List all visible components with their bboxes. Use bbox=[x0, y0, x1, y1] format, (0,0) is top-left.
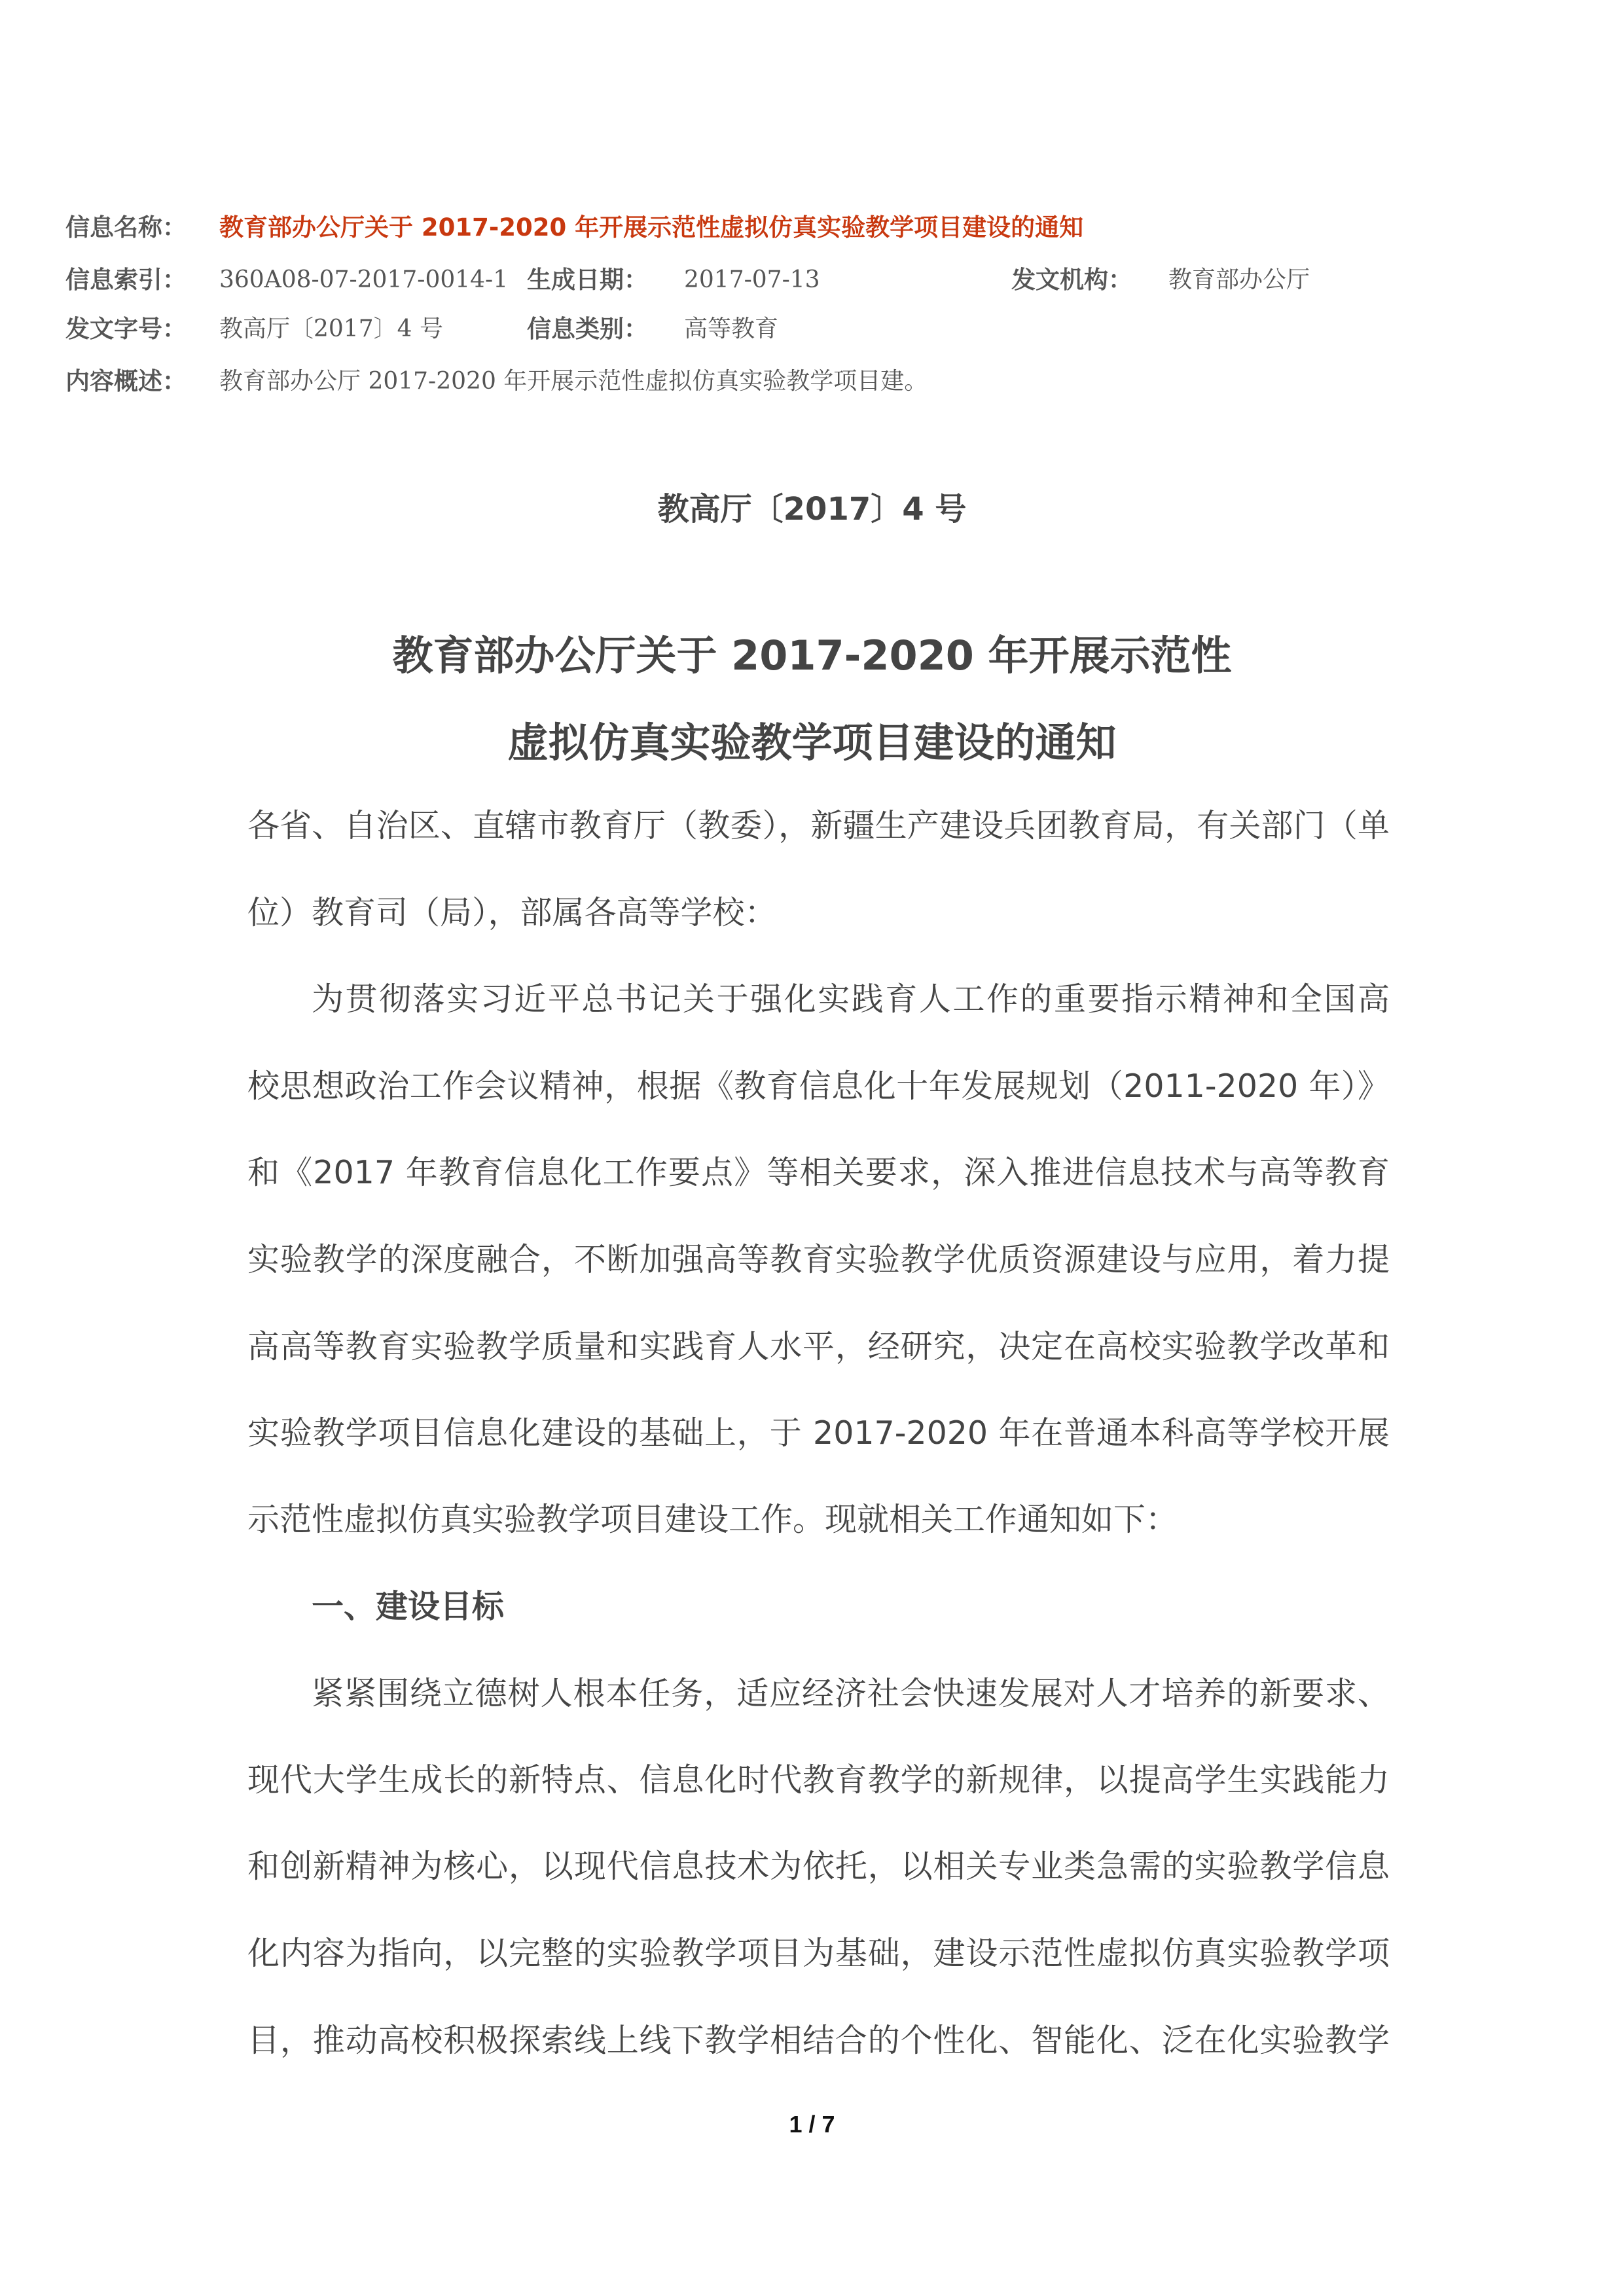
document-number: 教高厅〔2017〕4 号 bbox=[0, 488, 1624, 531]
body-line: 目，推动高校积极探索线上线下教学相结合的个性化、智能化、泛在化实验教学 bbox=[247, 2018, 1390, 2064]
body-line: 实验教学项目信息化建设的基础上，于 2017-2020 年在普通本科高等学校开展 bbox=[247, 1410, 1390, 1456]
body-line: 现代大学生成长的新特点、信息化时代教育教学的新规律，以提高学生实践能力 bbox=[247, 1757, 1390, 1803]
issuer-value: 教育部办公厅 bbox=[1168, 260, 1310, 300]
index-label: 信息索引： bbox=[65, 260, 187, 300]
document-title-line-2: 虚拟仿真实验教学项目建设的通知 bbox=[0, 717, 1624, 769]
page-number: 1 / 7 bbox=[0, 2111, 1624, 2138]
doc-no-value: 教高厅〔2017〕4 号 bbox=[219, 310, 443, 349]
summary-value: 教育部办公厅 2017-2020 年开展示范性虚拟仿真实验教学项目建。 bbox=[219, 362, 928, 401]
body-line: 紧紧围绕立德树人根本任务，适应经济社会快速发展对人才培养的新要求、 bbox=[247, 1671, 1390, 1717]
body-line: 校思想政治工作会议精神，根据《教育信息化十年发展规划（2011-2020 年）》 bbox=[247, 1064, 1390, 1109]
body-line: 和创新精神为核心，以现代信息技术为依托，以相关专业类急需的实验教学信息 bbox=[247, 1844, 1390, 1890]
doc-no-label: 发文字号： bbox=[65, 310, 187, 349]
issuer-label: 发文机构： bbox=[1011, 260, 1132, 300]
category-value: 高等教育 bbox=[684, 310, 778, 349]
date-value: 2017-07-13 bbox=[684, 260, 820, 300]
body-line: 化内容为指向，以完整的实验教学项目为基础，建设示范性虚拟仿真实验教学项 bbox=[247, 1931, 1390, 1977]
body-line: 高高等教育实验教学质量和实践育人水平，经研究，决定在高校实验教学改革和 bbox=[247, 1324, 1390, 1370]
info-name-label: 信息名称： bbox=[65, 208, 187, 247]
body-line: 位）教育司（局），部属各高等学校： bbox=[247, 890, 1390, 936]
body-line: 示范性虚拟仿真实验教学项目建设工作。现就相关工作通知如下： bbox=[247, 1497, 1390, 1543]
body-line: 为贯彻落实习近平总书记关于强化实践育人工作的重要指示精神和全国高 bbox=[247, 977, 1390, 1022]
body-line: 和《2017 年教育信息化工作要点》等相关要求，深入推进信息技术与高等教育 bbox=[247, 1150, 1390, 1196]
date-label: 生成日期： bbox=[527, 260, 648, 300]
info-name-value: 教育部办公厅关于 2017-2020 年开展示范性虚拟仿真实验教学项目建设的通知 bbox=[219, 208, 1083, 247]
section-heading: 一、建设目标 bbox=[312, 1584, 504, 1630]
body-line: 实验教学的深度融合，不断加强高等教育实验教学优质资源建设与应用，着力提 bbox=[247, 1237, 1390, 1283]
index-value: 360A08-07-2017-0014-1 bbox=[219, 260, 508, 300]
body-line: 各省、自治区、直辖市教育厅（教委），新疆生产建设兵团教育局，有关部门（单 bbox=[247, 803, 1390, 849]
document-title-line-1: 教育部办公厅关于 2017-2020 年开展示范性 bbox=[0, 630, 1624, 682]
summary-label: 内容概述： bbox=[65, 362, 187, 401]
category-label: 信息类别： bbox=[527, 310, 648, 349]
